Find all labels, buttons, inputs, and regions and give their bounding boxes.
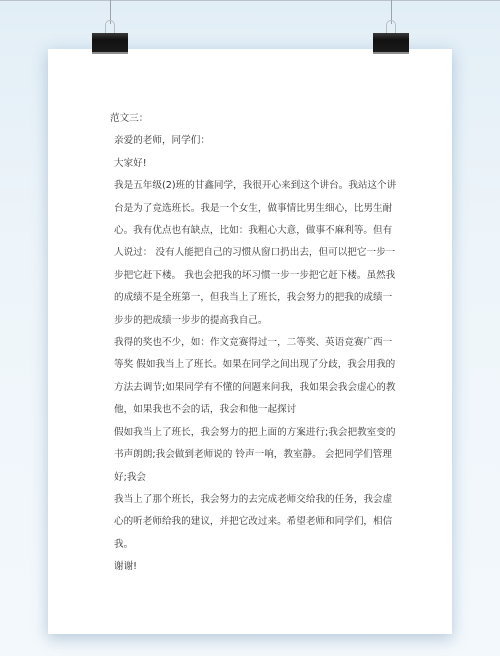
essay-paragraph-1: 我是五年级(2)班的甘鑫同学，我很开心来到这个讲台。我站这个讲台是为了竞选班长。… bbox=[110, 175, 400, 332]
binder-clip-right-icon bbox=[373, 33, 409, 54]
essay-paragraph-3: 假如我当上了班长，我会努力的把上面的方案进行;我会把教室变的书声朗朗;我会做到老… bbox=[110, 422, 400, 489]
essay-paragraph-4: 我当上了那个班长，我会努力的去完成老师交给我的任务，我会虚心的听老师给我的建议，… bbox=[110, 489, 400, 556]
essay-closing: 谢谢! bbox=[110, 556, 400, 578]
binder-clip-left-icon bbox=[92, 33, 128, 54]
clip-body bbox=[373, 33, 409, 54]
essay-salutation: 亲爱的老师，同学们： bbox=[110, 130, 400, 152]
essay-content: 范文三： 亲爱的老师，同学们： 大家好! 我是五年级(2)班的甘鑫同学，我很开心… bbox=[110, 108, 400, 579]
essay-heading: 范文三： bbox=[110, 108, 400, 130]
essay-paragraph-2: 我得的奖也不少，如：作文竞赛得过一，二等奖、英语竞赛广西一等奖 假如我当上了班长… bbox=[110, 332, 400, 422]
essay-greeting: 大家好! bbox=[110, 153, 400, 175]
clip-body bbox=[92, 33, 128, 54]
top-edge-line bbox=[0, 0, 500, 1]
